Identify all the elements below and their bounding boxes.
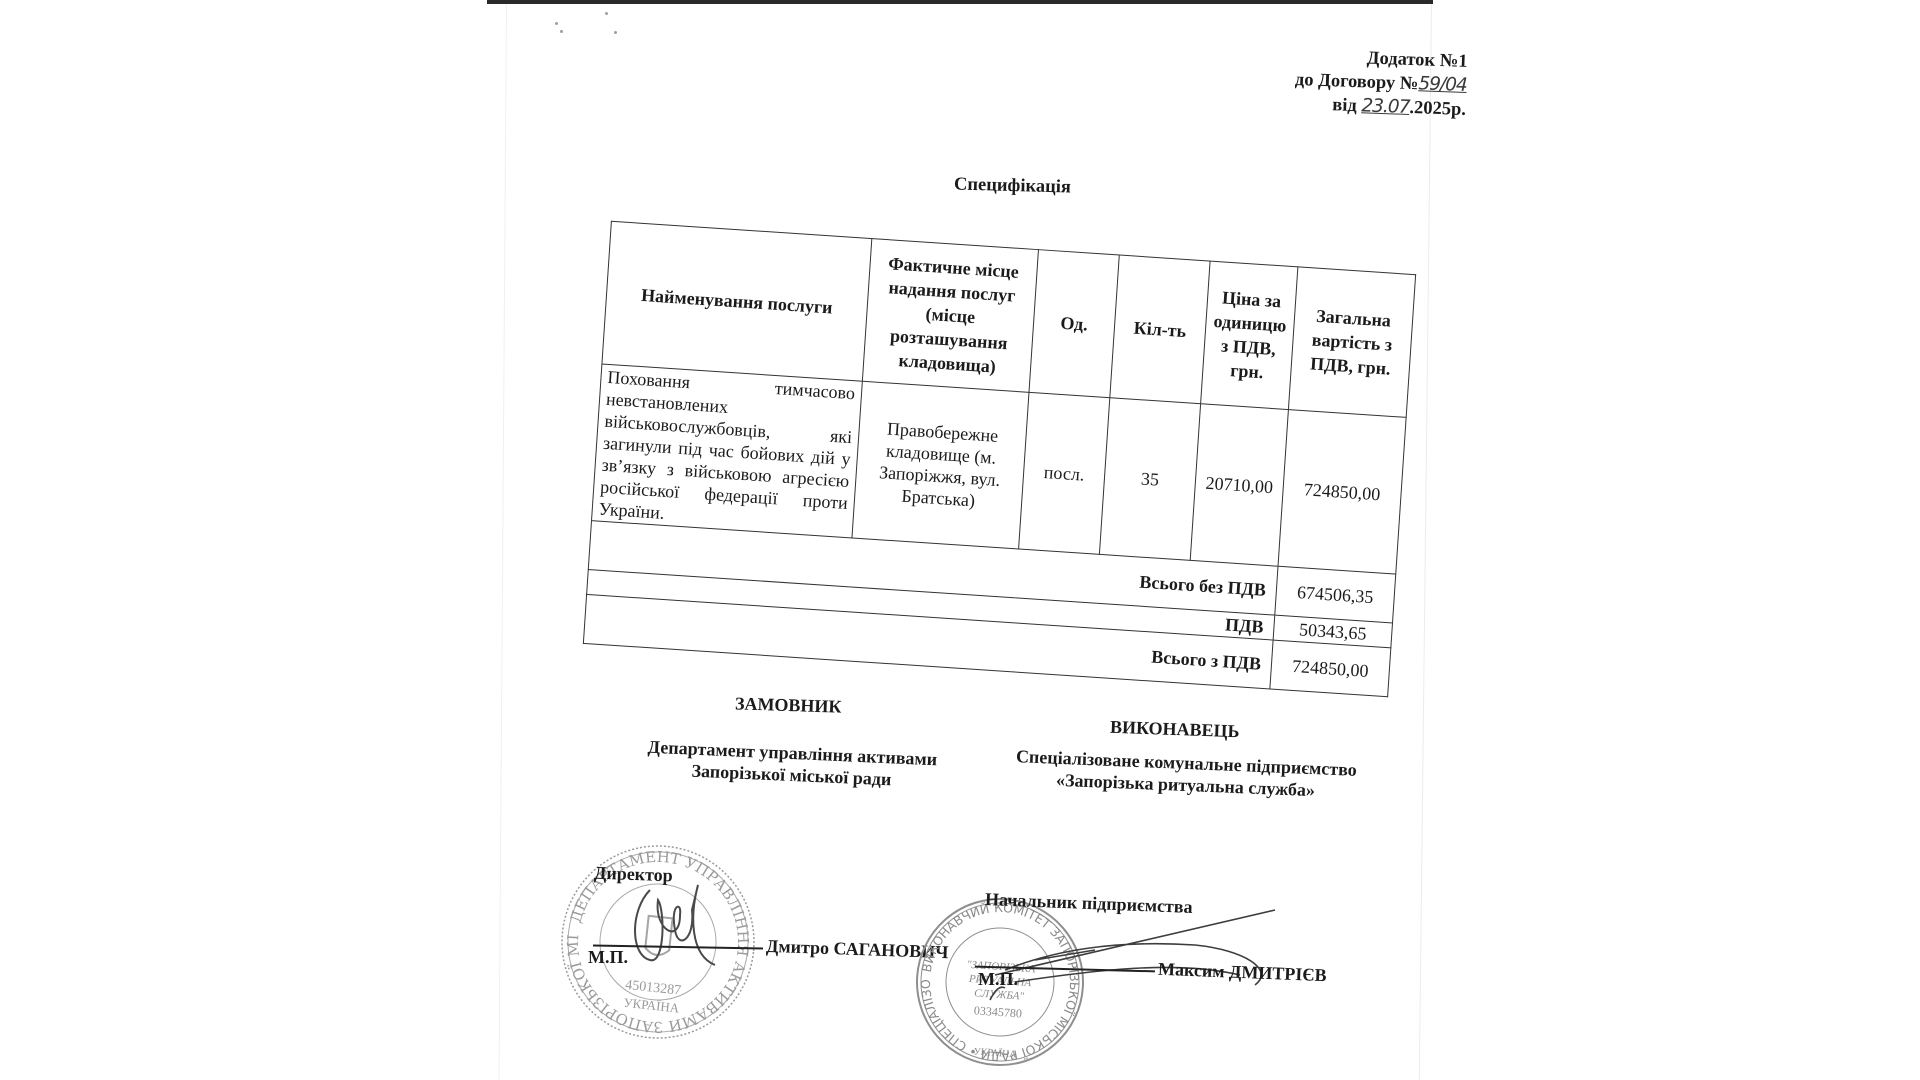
scan-speck [605,12,608,15]
cell-service: Поховання тимчасово невстановлених війсь… [592,364,863,538]
total-with-vat-value: 724850,00 [1270,640,1391,697]
scan-speck [555,22,558,25]
cell-location: Правобережне кладовище (м. Запоріжжя, ву… [852,381,1029,549]
cell-unit: посл. [1019,392,1110,554]
column-header-location: Фактичне місце надання послуг (місце роз… [862,239,1038,393]
specification-table: Найменування послуги Фактичне місце нада… [583,221,1415,697]
column-header-quantity: Кіл-ть [1110,255,1210,404]
customer-organization: Департамент управління активами Запорізь… [631,735,953,793]
scan-speck [560,30,563,33]
cell-quantity: 35 [1099,398,1200,561]
column-header-service: Найменування послуги [602,221,872,381]
date-prefix: від [1332,95,1362,116]
customer-seal-label: М.П. [588,947,628,968]
column-header-unit: Од. [1029,250,1119,398]
customer-heading: ЗАМОВНИК [735,692,842,717]
date-handwritten: 23.07 [1361,95,1410,118]
paper-edge [498,4,507,1080]
customer-position: Директор [594,863,673,887]
document-title: Специфікація [954,174,1071,198]
executor-signature-icon [975,900,1285,1010]
executor-seal-label: М.П. [978,969,1018,990]
appendix-header: Додаток №1 до Договору №59/04 від 23.07.… [1236,42,1468,122]
executor-organization: Спеціалізоване комунальне підприємство «… [995,744,1376,803]
total-without-vat-value: 674506,35 [1275,566,1396,623]
contract-number: 59/04 [1418,73,1467,96]
cell-total: 724850,00 [1278,410,1406,574]
date-suffix: .2025р. [1409,98,1466,120]
cell-unit-price: 20710,00 [1190,404,1288,566]
scan-top-border [487,0,1433,4]
column-header-total: Загальна вартість з ПДВ, грн. [1288,267,1415,418]
scan-speck [614,31,617,34]
paper-edge [1419,4,1432,1080]
contract-prefix: до Договору № [1295,70,1419,94]
column-header-unit-price: Ціна за одиницю з ПДВ, грн. [1201,261,1298,410]
customer-signature-icon [620,870,730,980]
executor-heading: ВИКОНАВЕЦЬ [1110,716,1240,743]
